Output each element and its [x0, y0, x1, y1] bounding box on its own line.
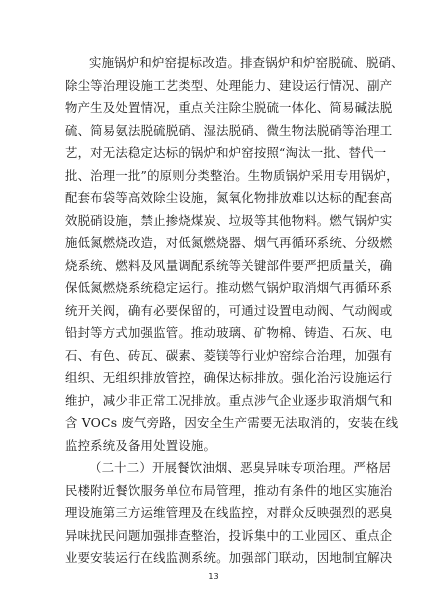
- text-line: 民楼附近餐饮服务单位布局管理，推动有条件的地区实施治: [65, 481, 363, 501]
- text-line: 监控系统及备用处置设施。: [65, 436, 363, 456]
- text-line: 配套布袋等高效除尘设施，氮氧化物排放难以达标的配套高: [65, 188, 363, 208]
- text-line: 维护，减少非正常工况排放。重点涉气企业逐步取消烟气和: [65, 391, 363, 411]
- text-line: 组织、无组织排放管控，确保达标排放。强化治污设施运行: [65, 368, 363, 388]
- section-heading-line: （二十二）开展餐饮油烟、恶臭异味专项治理。严格居: [89, 458, 363, 478]
- text-line: 保低氮燃烧系统稳定运行。推动燃气锅炉取消烟气再循环系: [65, 278, 363, 298]
- text-line: 实施锅炉和炉窑提标改造。排查锅炉和炉窑脱硫、脱硝、: [89, 53, 363, 73]
- text-line: 批、治理一批”的原则分类整治。生物质锅炉采用专用锅炉，: [65, 166, 363, 186]
- text-line: 施低氮燃烧改造，对低氮燃烧器、烟气再循环系统、分级燃: [65, 233, 363, 253]
- text-line: 硫、简易氨法脱硫脱硝、湿法脱硝、微生物法脱硝等治理工: [65, 121, 363, 141]
- text-line: 统开关阀，确有必要保留的，可通过设置电动阀、气动阀或: [65, 301, 363, 321]
- text-line: 石、有色、砖瓦、碳素、菱镁等行业炉窑综合治理，加强有: [65, 346, 363, 366]
- text-line: 理设施第三方运维管理及在线监控，对群众反映强烈的恶臭: [65, 503, 363, 523]
- text-line: 铅封等方式加强监管。推动玻璃、矿物棉、铸造、石灰、电: [65, 323, 363, 343]
- text-line: 除尘等治理设施工艺类型、处理能力、建设运行情况、副产: [65, 76, 363, 96]
- text-line: 烧系统、燃料及风量调配系统等关键部件要严把质量关，确: [65, 256, 363, 276]
- text-line: 异味扰民问题加强排查整治，投诉集中的工业园区、重点企: [65, 526, 363, 546]
- text-line: 含 VOCs 废气旁路，因安全生产需要无法取消的，安装在线: [65, 413, 363, 433]
- document-page: 实施锅炉和炉窑提标改造。排查锅炉和炉窑脱硫、脱硝、 除尘等治理设施工艺类型、处理…: [0, 0, 427, 604]
- text-line: 业要安装运行在线监测系统。加强部门联动，因地制宜解决: [65, 548, 363, 568]
- text-line: 艺，对无法稳定达标的锅炉和炉窑按照“淘汰一批、替代一: [65, 143, 363, 163]
- text-line: 物产生及处置情况，重点关注除尘脱硫一体化、简易碱法脱: [65, 98, 363, 118]
- page-number: 13: [0, 572, 427, 581]
- text-line: 效脱硝设施，禁止掺烧煤炭、垃圾等其他物料。燃气锅炉实: [65, 211, 363, 231]
